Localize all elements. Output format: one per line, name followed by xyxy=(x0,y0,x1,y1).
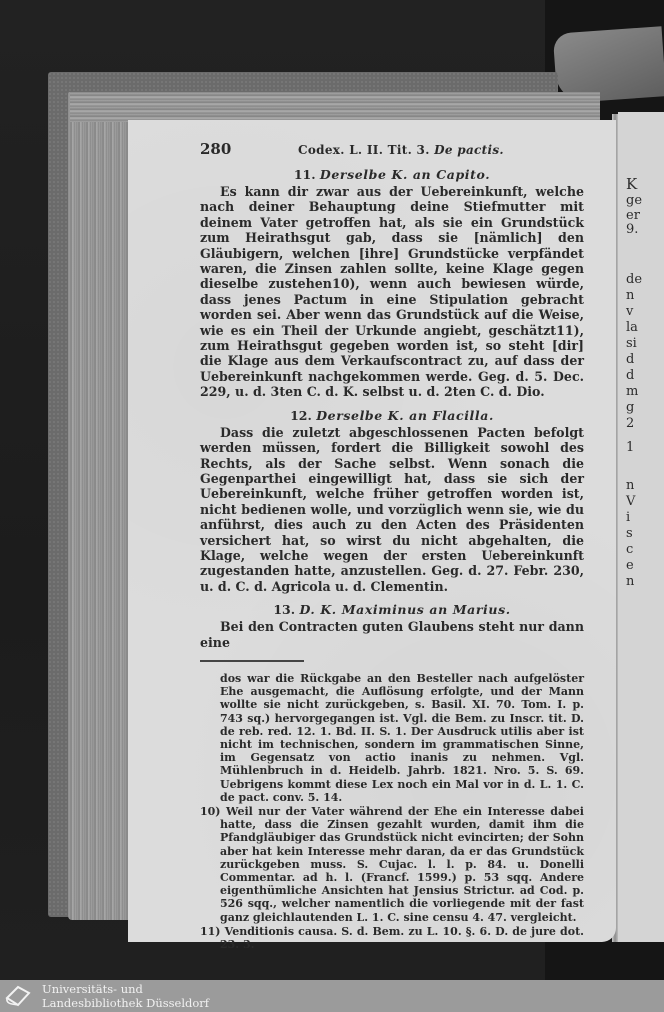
footnote-text: Weil nur der Vater während der Ehe ein I… xyxy=(220,805,584,924)
fragment: 2 xyxy=(626,416,634,432)
page-text: 280 Codex. L. II. Tit. 3. De pactis. 11.… xyxy=(200,140,584,952)
fragment: i xyxy=(626,510,630,526)
fragment: 9. xyxy=(626,222,638,238)
section-title: Derselbe K. an Flacilla. xyxy=(316,408,494,423)
section-title: D. K. Maximinus an Marius. xyxy=(299,602,510,617)
page-edges-left xyxy=(68,92,130,920)
footnote-divider xyxy=(200,660,304,662)
footnote-label: 10) xyxy=(200,805,221,818)
library-book-logo-icon xyxy=(4,984,32,1008)
fragment: m xyxy=(626,384,638,400)
fragment: ge xyxy=(626,193,642,209)
fragment: s xyxy=(626,526,633,542)
fragment: d xyxy=(626,352,634,368)
fragment: de xyxy=(626,272,642,288)
fragment: si xyxy=(626,336,637,352)
facing-page xyxy=(618,112,664,942)
page-number: 280 xyxy=(200,140,231,158)
footnote-label: 11) xyxy=(200,925,221,938)
page-edges-top xyxy=(70,92,600,122)
fragment: e xyxy=(626,558,634,574)
footnote-text: Venditionis causa. S. d. Bem. zu L. 10. … xyxy=(220,925,584,951)
fragment: c xyxy=(626,542,633,558)
section-body: Es kann dir zwar aus der Uebereinkunft, … xyxy=(200,184,584,400)
fragment: n xyxy=(626,478,634,494)
fragment: la xyxy=(626,320,638,336)
fragment: v xyxy=(626,304,633,320)
fragment: d xyxy=(626,368,634,384)
fragment: n xyxy=(626,288,634,304)
section-heading: 13. D. K. Maximinus an Marius. xyxy=(200,602,584,617)
library-name: Universitäts- und Landesbibliothek Düsse… xyxy=(42,982,209,1010)
section-heading: 12. Derselbe K. an Flacilla. xyxy=(200,408,584,423)
library-name-line1: Universitäts- und xyxy=(42,982,209,996)
fragment: n xyxy=(626,574,634,590)
section-body: Bei den Contracten guten Glaubens steht … xyxy=(200,619,584,650)
section-title: Derselbe K. an Capito. xyxy=(320,167,490,182)
fragment: g xyxy=(626,400,634,416)
fragment: K xyxy=(626,176,637,192)
section-heading: 11. Derselbe K. an Capito. xyxy=(200,167,584,182)
library-name-line2: Landesbibliothek Düsseldorf xyxy=(42,996,209,1010)
running-title: Codex. L. II. Tit. 3. De pactis. xyxy=(298,143,504,157)
running-header: 280 Codex. L. II. Tit. 3. De pactis. xyxy=(200,140,584,164)
section-number: 11. xyxy=(294,167,316,182)
section-number: 13. xyxy=(273,602,295,617)
section-body: Dass die zuletzt abgeschlossenen Pacten … xyxy=(200,425,584,594)
fragment: V xyxy=(626,494,635,510)
section-number: 12. xyxy=(290,408,312,423)
footnote-continuation: dos war die Rückgabe an den Besteller na… xyxy=(200,672,584,804)
running-title-prefix: Codex. L. II. Tit. 3. xyxy=(298,143,430,157)
running-title-italic: De pactis. xyxy=(434,143,504,157)
fragment: 1 xyxy=(626,440,634,456)
footnote-11: 11) Venditionis causa. S. d. Bem. zu L. … xyxy=(200,925,584,951)
footnote-10: 10) Weil nur der Vater während der Ehe e… xyxy=(200,805,584,924)
